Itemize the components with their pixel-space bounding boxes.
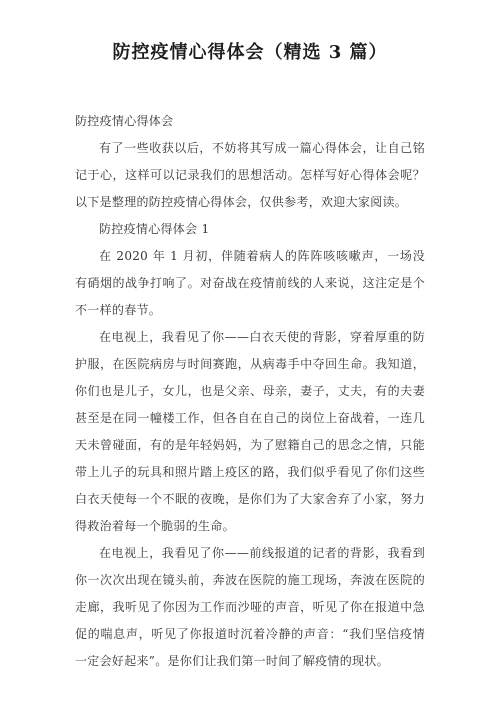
paragraph: 防控疫情心得体会 <box>75 108 425 135</box>
paragraph: 有了一些收获以后，不妨将其写成一篇心得体会，让自己铭记于心，这样可以记录我们的思… <box>75 135 425 216</box>
paragraph: 在电视上，我看见了你——白衣天使的背影，穿着厚重的防护服，在医院病房与时间赛跑，… <box>75 324 425 540</box>
paragraph: 防控疫情心得体会 1 <box>75 216 425 243</box>
paragraph: 在 2020 年 1 月初，伴随着病人的阵阵咳咳嗽声，一场没有硝烟的战争打响了。… <box>75 243 425 324</box>
document-body: 防控疫情心得体会有了一些收获以后，不妨将其写成一篇心得体会，让自己铭记于心，这样… <box>75 108 425 675</box>
paragraph: 在电视上，我看见了你——前线报道的记者的背影，我看到你一次次出现在镜头前，奔波在… <box>75 540 425 675</box>
document-page: 防控疫情心得体会（精选 3 篇） 防控疫情心得体会有了一些收获以后，不妨将其写成… <box>0 0 500 707</box>
document-title: 防控疫情心得体会（精选 3 篇） <box>75 40 425 66</box>
